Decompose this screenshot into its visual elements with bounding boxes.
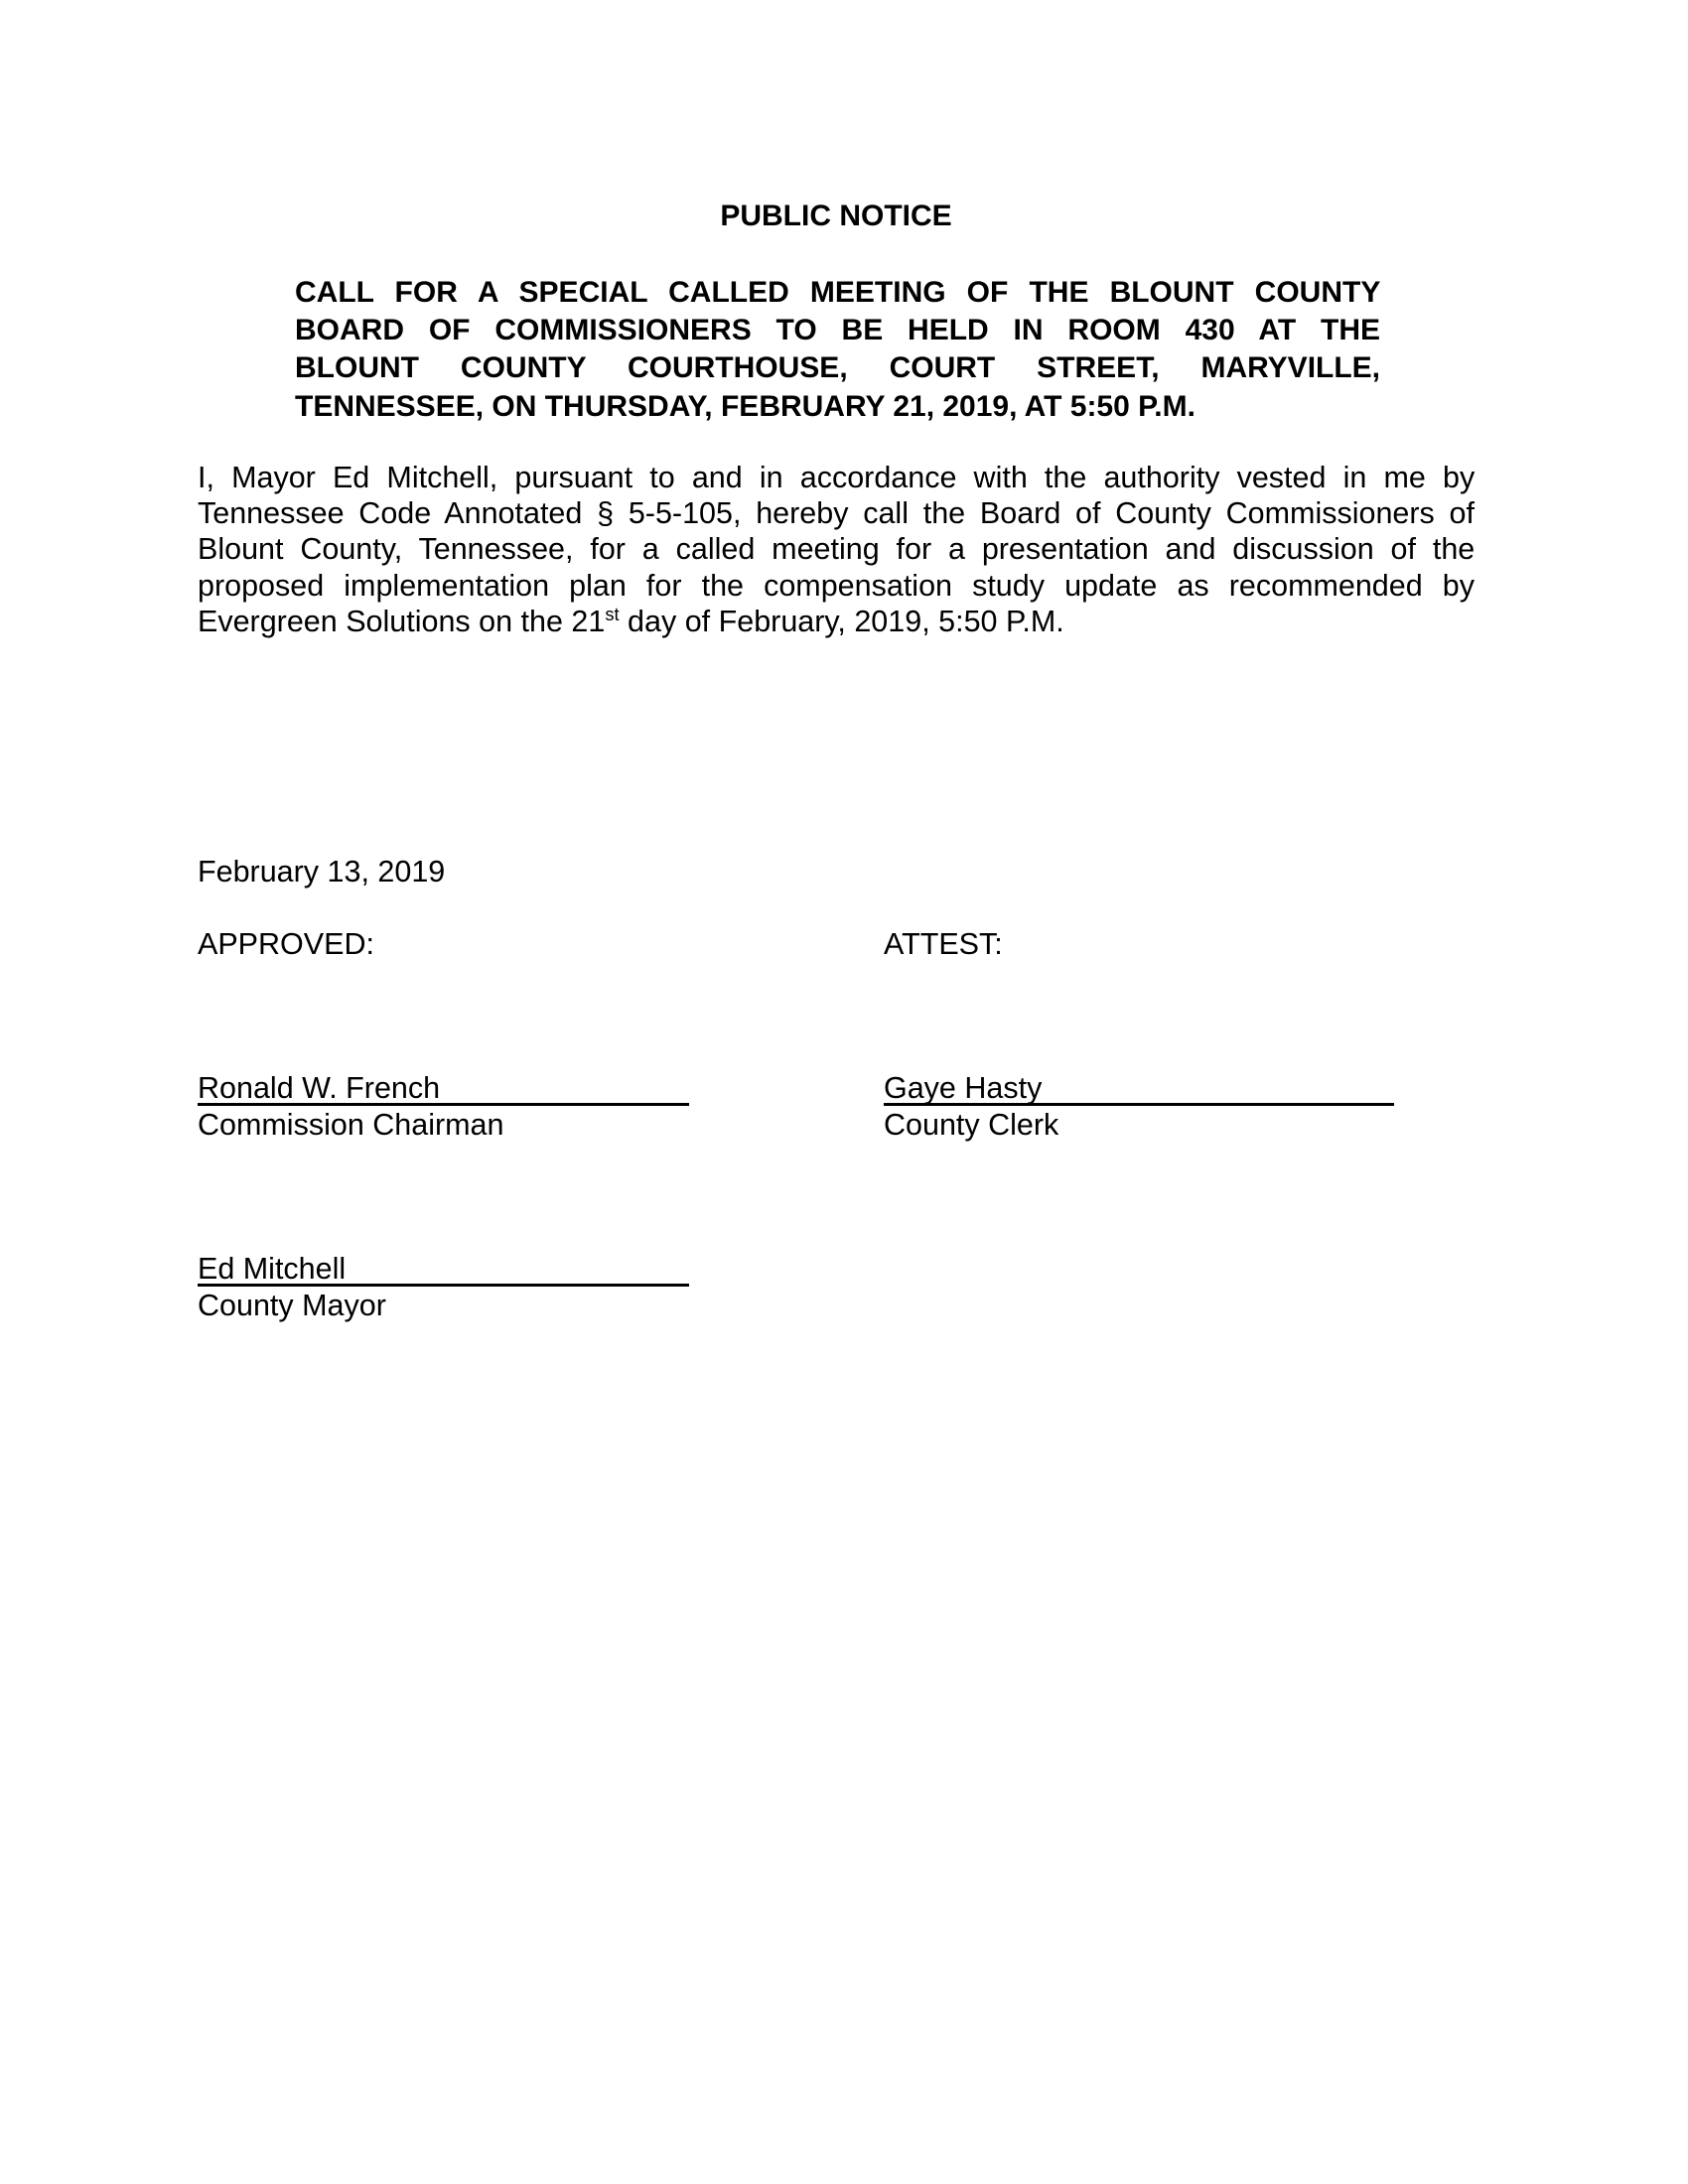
signer-name-chairman: Ronald W. French xyxy=(198,1070,440,1106)
attest-label: ATTEST: xyxy=(884,926,1003,962)
signer-name-clerk: Gaye Hasty xyxy=(884,1070,1042,1106)
body-line: Blount County, Tennessee, for a called m… xyxy=(198,531,1475,567)
body-line: proposed implementation plan for the com… xyxy=(198,568,1475,604)
signer-title-mayor: County Mayor xyxy=(198,1288,386,1323)
signature-line-mayor xyxy=(198,1284,689,1287)
approved-label: APPROVED: xyxy=(198,926,374,962)
body-line: I, Mayor Ed Mitchell, pursuant to and in… xyxy=(198,460,1475,495)
body-text: Evergreen Solutions on the 21 xyxy=(198,605,605,638)
ordinal-suffix: st xyxy=(605,604,619,624)
signer-title-chairman: Commission Chairman xyxy=(198,1107,503,1143)
body-paragraph: I, Mayor Ed Mitchell, pursuant to and in… xyxy=(198,460,1475,639)
notice-heading: PUBLIC NOTICE xyxy=(198,199,1475,234)
meeting-title: CALL FOR A SPECIAL CALLED MEETING OF THE… xyxy=(295,274,1380,426)
title-line: CALL FOR A SPECIAL CALLED MEETING OF THE… xyxy=(295,274,1380,312)
title-line: BOARD OF COMMISSIONERS TO BE HELD IN ROO… xyxy=(295,312,1380,349)
body-text: day of February, 2019, 5:50 P.M. xyxy=(620,605,1064,638)
signature-line-clerk xyxy=(884,1103,1394,1106)
body-line: Tennessee Code Annotated § 5-5-105, here… xyxy=(198,495,1475,531)
signer-name-mayor: Ed Mitchell xyxy=(198,1251,346,1287)
signature-line-chairman xyxy=(198,1103,689,1106)
body-line: Evergreen Solutions on the 21st day of F… xyxy=(198,604,1475,639)
notice-date: February 13, 2019 xyxy=(198,854,445,889)
signer-title-clerk: County Clerk xyxy=(884,1107,1058,1143)
title-line: TENNESSEE, ON THURSDAY, FEBRUARY 21, 201… xyxy=(295,388,1380,426)
title-line: BLOUNT COUNTY COURTHOUSE, COURT STREET, … xyxy=(295,349,1380,387)
